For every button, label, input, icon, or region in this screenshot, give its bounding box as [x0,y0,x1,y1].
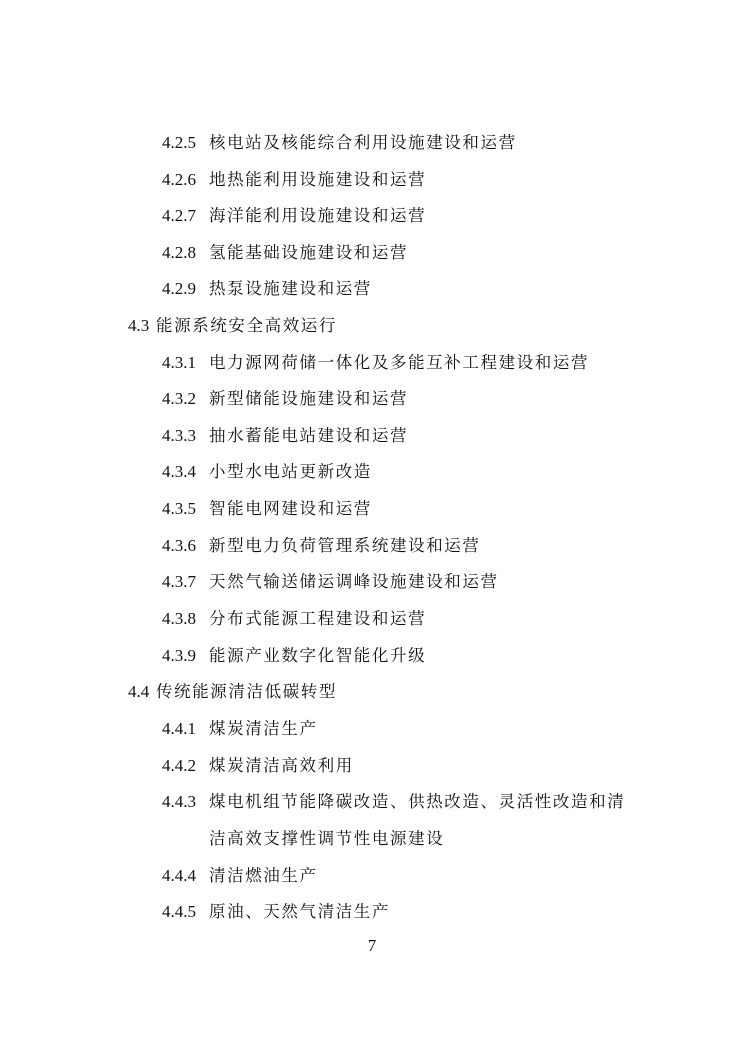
item-title: 智能电网建设和运营 [209,497,372,521]
item-title: 煤炭清洁高效利用 [209,754,354,778]
section-title: 能源系统安全高效运行 [156,314,337,338]
item-number: 4.4.3 [162,790,196,814]
page-number: 7 [0,936,744,956]
item-title: 电力源网荷储一体化及多能互补工程建设和运营 [209,351,589,375]
document-page: 4.2.5 核电站及核能综合利用设施建设和运营 4.2.6 地热能利用设施建设和… [0,0,744,1052]
item-title: 抽水蓄能电站建设和运营 [209,424,408,448]
section-title: 传统能源清洁低碳转型 [156,680,337,704]
item-title: 原油、天然气清洁生产 [209,900,390,924]
item-number: 4.2.5 [162,131,196,155]
item-title: 煤电机组节能降碳改造、供热改造、灵活性改造和清 [209,790,625,814]
section-number: 4.3 [128,314,149,338]
item-title: 热泵设施建设和运营 [209,277,372,301]
item-title: 能源产业数字化智能化升级 [209,644,426,668]
item-title: 煤炭清洁生产 [209,717,318,741]
item-number: 4.4.2 [162,754,196,778]
item-number: 4.3.8 [162,607,196,631]
toc-item-4-4-3-continuation: 洁高效支撑性调节性电源建设 [209,827,444,851]
item-number: 4.3.6 [162,534,196,558]
item-number: 4.2.9 [162,277,196,301]
item-number: 4.3.1 [162,351,196,375]
item-title: 新型储能设施建设和运营 [209,387,408,411]
item-number: 4.2.8 [162,241,196,265]
item-number: 4.4.1 [162,717,196,741]
item-title: 新型电力负荷管理系统建设和运营 [209,534,481,558]
item-number: 4.3.3 [162,424,196,448]
item-number: 4.2.7 [162,204,196,228]
item-number: 4.3.5 [162,497,196,521]
item-number: 4.3.7 [162,570,196,594]
item-title: 地热能利用设施建设和运营 [209,168,426,192]
item-title: 小型水电站更新改造 [209,460,372,484]
item-number: 4.4.5 [162,900,196,924]
item-number: 4.3.4 [162,460,196,484]
item-title: 清洁燃油生产 [209,864,318,888]
item-title: 海洋能利用设施建设和运营 [209,204,426,228]
item-number: 4.4.4 [162,864,196,888]
item-number: 4.2.6 [162,168,196,192]
item-title: 分布式能源工程建设和运营 [209,607,426,631]
item-number: 4.3.9 [162,644,196,668]
item-title: 核电站及核能综合利用设施建设和运营 [209,131,517,155]
item-title: 天然气输送储运调峰设施建设和运营 [209,570,499,594]
item-number: 4.3.2 [162,387,196,411]
section-number: 4.4 [128,680,149,704]
item-title: 氢能基础设施建设和运营 [209,241,408,265]
